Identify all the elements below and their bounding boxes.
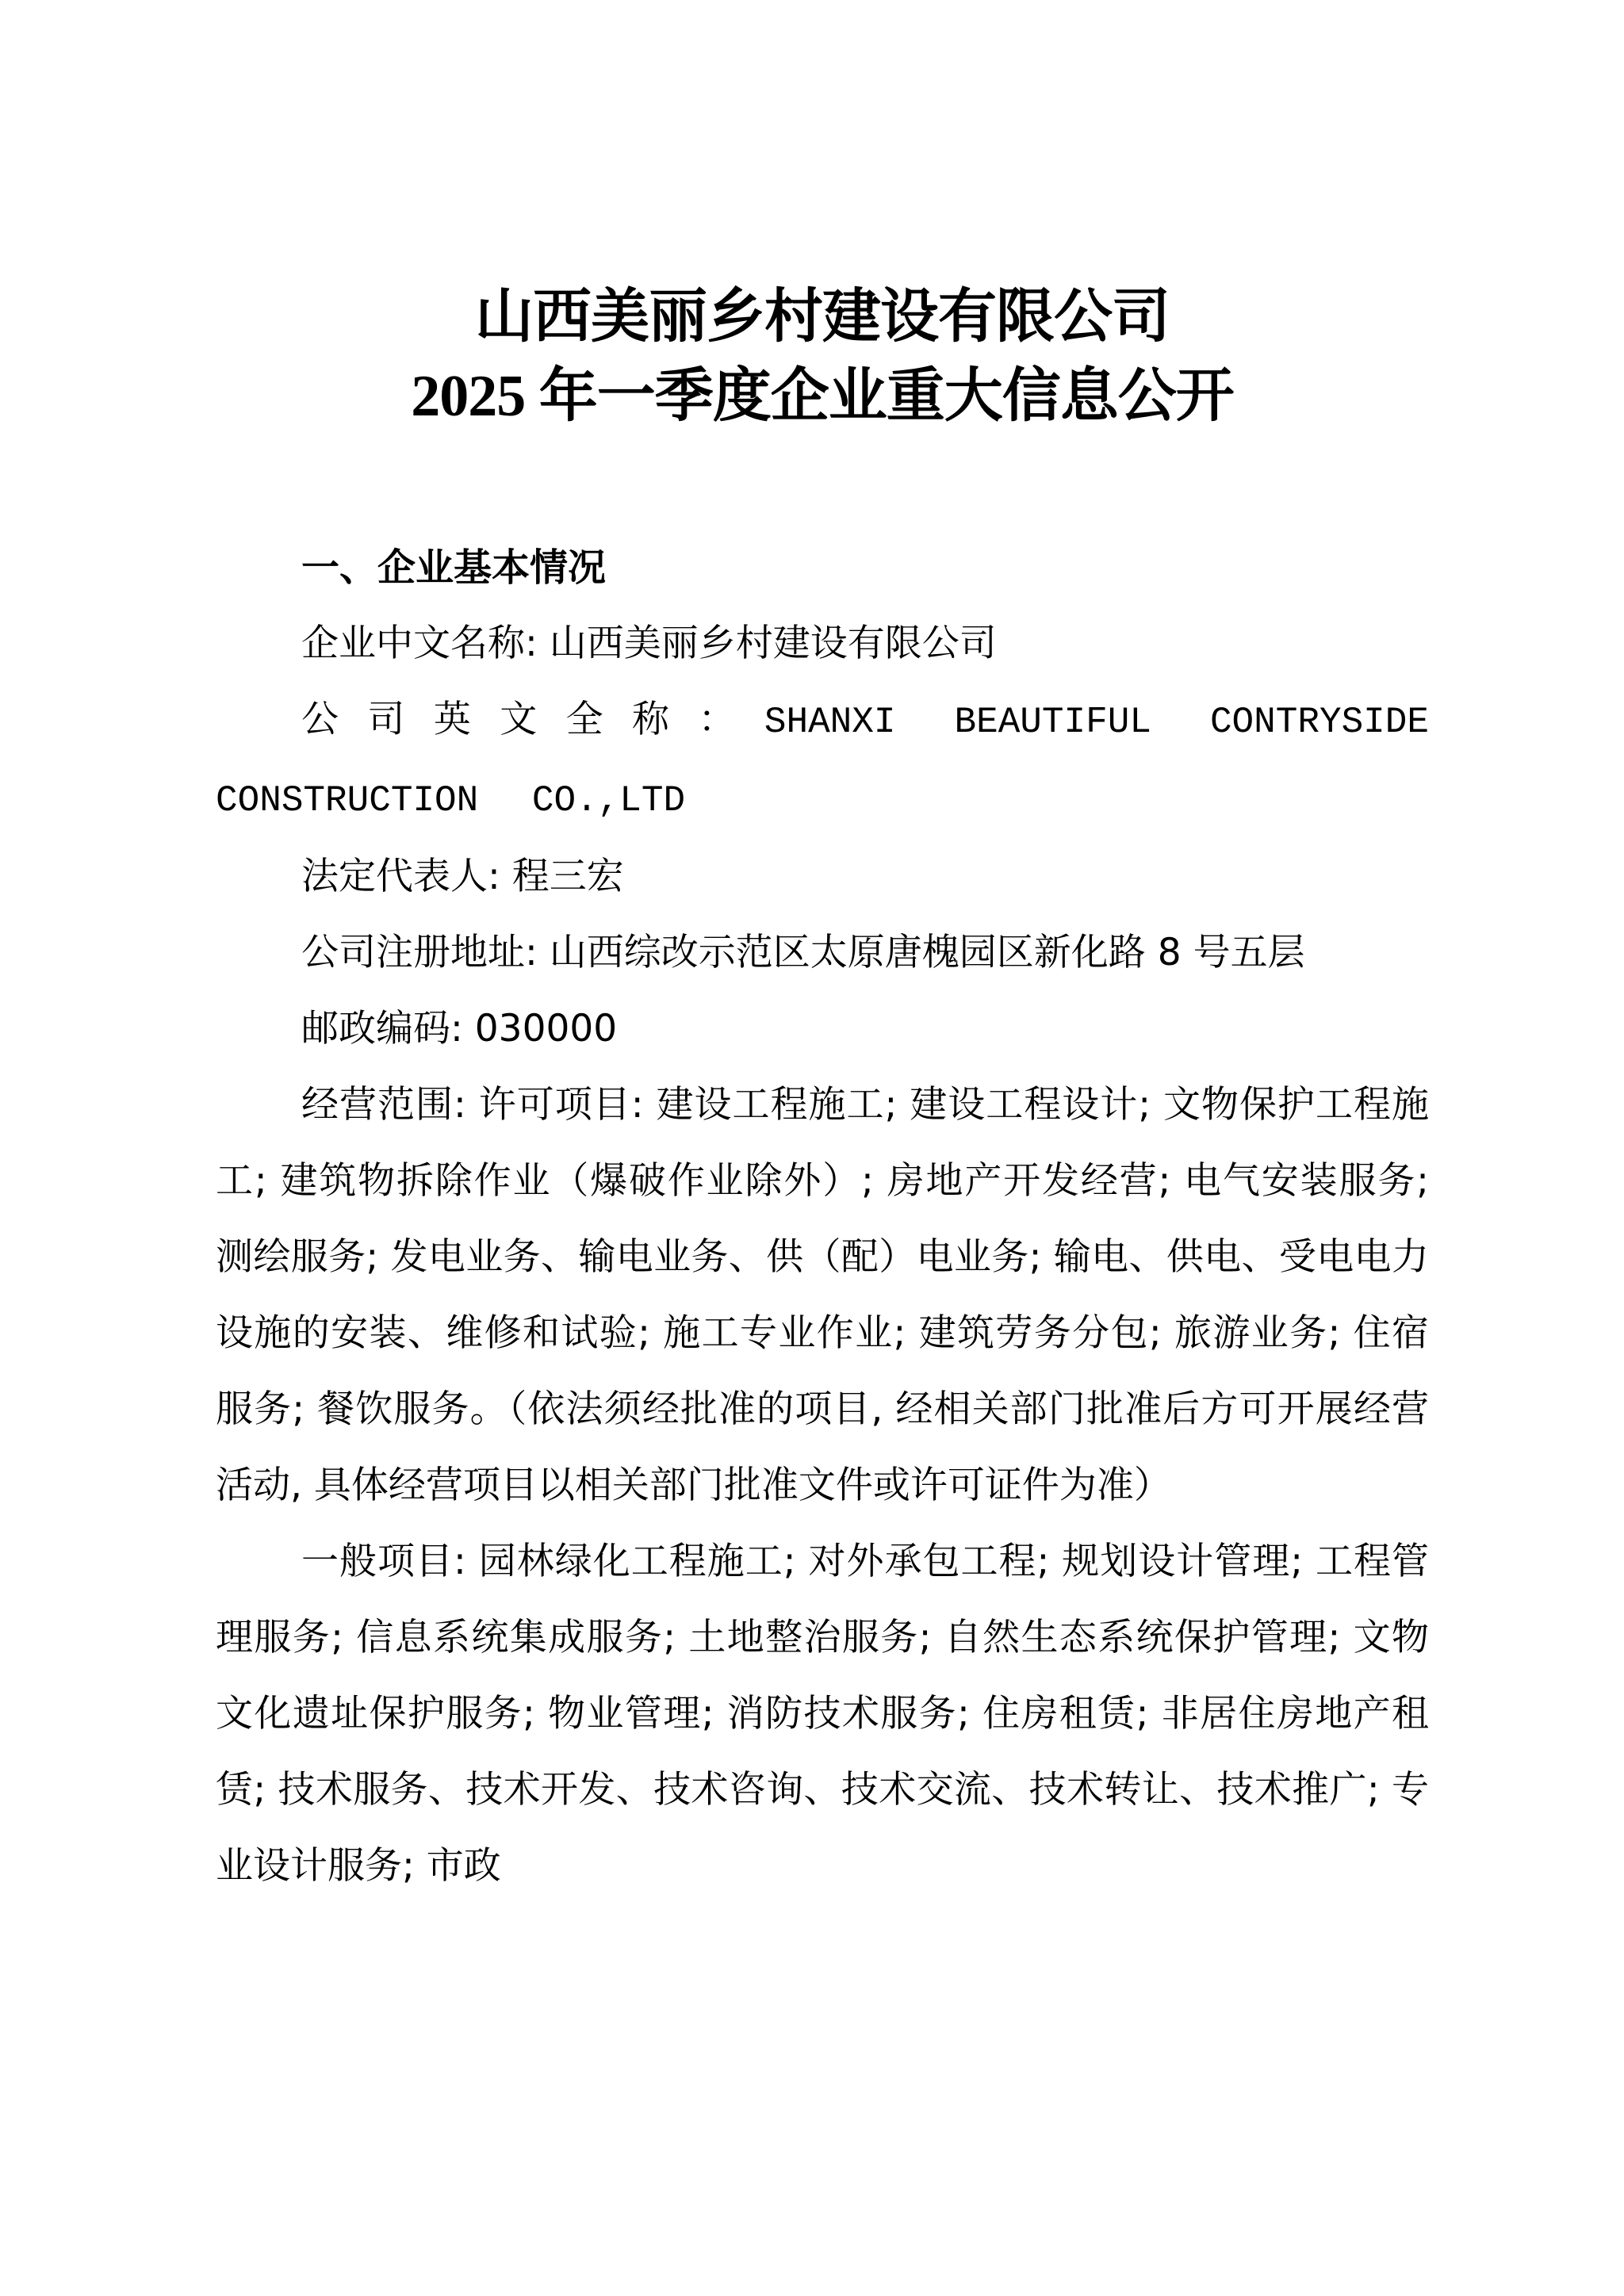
business-scope-licensed-items: 许可项目: 建设工程施工; 建设工程设计; 文物保护工程施工; 建筑物拆除作业（… (216, 1083, 1429, 1507)
field-english-name: 公司英文全称：SHANXI BEAUTIFUL CONTRYSIDE CONST… (216, 682, 1429, 839)
field-legal-representative: 法定代表人: 程三宏 (216, 839, 1429, 915)
postal-code-value: 030000 (475, 1007, 617, 1050)
legal-representative-label: 法定代表人: (301, 855, 512, 898)
title-line-report: 2025 年一季度企业重大信息公开 (216, 357, 1429, 436)
english-name-label: 公司英文全称： (301, 698, 764, 741)
legal-representative-value: 程三宏 (512, 855, 624, 898)
business-scope-label: 经营范围: (301, 1083, 479, 1127)
field-business-scope-licensed: 经营范围: 许可项目: 建设工程施工; 建设工程设计; 文物保护工程施工; 建筑… (216, 1067, 1429, 1524)
field-registered-address: 公司注册地址: 山西综改示范区太原唐槐园区新化路 8 号五层 (216, 915, 1429, 991)
section-heading-basic-info: 一、企业基本情况 (216, 530, 1429, 606)
postal-code-label: 邮政编码: (301, 1007, 475, 1050)
field-chinese-name: 企业中文名称: 山西美丽乡村建设有限公司 (216, 606, 1429, 682)
chinese-name-label: 企业中文名称: (301, 622, 550, 665)
chinese-name-value: 山西美丽乡村建设有限公司 (550, 622, 997, 665)
document-body: 一、企业基本情况 企业中文名称: 山西美丽乡村建设有限公司 公司英文全称：SHA… (216, 530, 1429, 1904)
registered-address-value: 山西综改示范区太原唐槐园区新化路 8 号五层 (550, 931, 1305, 974)
title-line-company: 山西美丽乡村建设有限公司 (216, 277, 1429, 357)
field-business-scope-general: 一般项目: 园林绿化工程施工; 对外承包工程; 规划设计管理; 工程管理服务; … (216, 1524, 1429, 1904)
field-postal-code: 邮政编码: 030000 (216, 991, 1429, 1067)
business-scope-general-items: 一般项目: 园林绿化工程施工; 对外承包工程; 规划设计管理; 工程管理服务; … (216, 1540, 1429, 1888)
registered-address-label: 公司注册地址: (301, 931, 550, 974)
document-title: 山西美丽乡村建设有限公司 2025 年一季度企业重大信息公开 (216, 277, 1429, 436)
